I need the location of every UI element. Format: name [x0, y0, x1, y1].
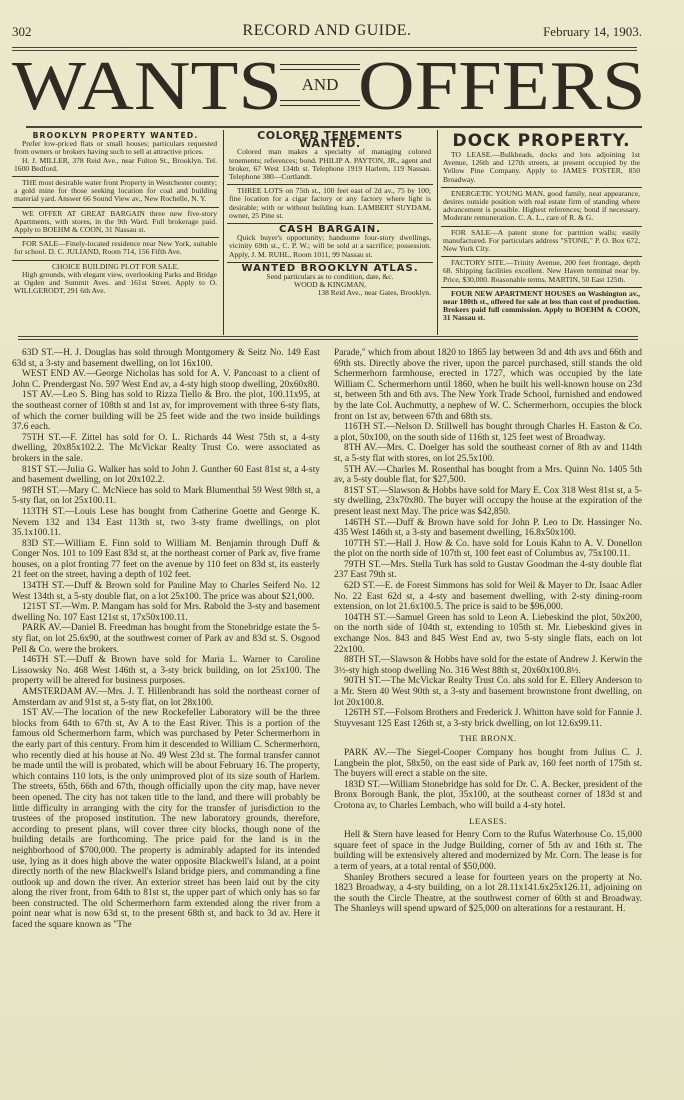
- article-paragraph: 88TH ST.—Slawson & Hobbs have sold for t…: [334, 655, 642, 676]
- ad-text: Quick buyer's opportunity; handsome four…: [229, 234, 431, 259]
- ad-text: High grounds, with elegant view, overloo…: [14, 271, 217, 296]
- ad-cash-bargain: CASH BARGAIN. Quick buyer's opportunity;…: [227, 224, 433, 263]
- ad-residence-sale: FOR SALE—Finely-located residence near N…: [12, 238, 219, 260]
- ad-young-man: ENERGETIC YOUNG MAN, good family, neat a…: [441, 188, 642, 227]
- article-paragraph: 183D ST.—William Stonebridge has sold fo…: [334, 780, 642, 812]
- ad-text: TO LEASE.—Bulkheads, docks and lots adjo…: [443, 151, 640, 184]
- ad-text: FOR SALE—Finely-located residence near N…: [14, 240, 217, 256]
- article-paragraph: 98TH ST.—Mary C. McNiece has sold to Mar…: [12, 486, 320, 507]
- ad-text: FACTORY SITE.—Trinity Avenue, 200 feet f…: [443, 259, 640, 284]
- ad-brooklyn-property: BROOKLYN PROPERTY WANTED. Prefer low-pri…: [12, 130, 219, 177]
- article-paragraph: 81ST ST.—Julia G. Walker has sold to Joh…: [12, 465, 320, 486]
- ad-three-lots: THREE LOTS on 75th st., 100 feet east of…: [227, 185, 433, 224]
- article-paragraph: 79TH ST.—Mrs. Stella Turk has sold to Gu…: [334, 560, 642, 581]
- article-paragraph: 146TH ST.—Duff & Brown have sold for Joh…: [334, 518, 642, 539]
- article-paragraph: 126TH ST.—Folsom Brothers and Frederick …: [334, 708, 642, 729]
- banner-and: AND: [280, 76, 360, 93]
- article-paragraph: 8TH AV.—Mrs. C. Doelger has sold the sou…: [334, 443, 642, 464]
- article-paragraph: 113TH ST.—Louis Lese has bought from Cat…: [12, 507, 320, 539]
- ad-text: ENERGETIC YOUNG MAN, good family, neat a…: [443, 190, 640, 223]
- banner-rule: [26, 126, 642, 128]
- newspaper-page: 302 RECORD AND GUIDE. February 14, 1903.…: [0, 0, 684, 1100]
- banner-offers: OFFERS: [358, 52, 646, 122]
- section-heading: LEASES.: [334, 816, 642, 827]
- ad-apartment-houses: FOUR NEW APARTMENT HOUSES on Washington …: [441, 288, 642, 326]
- article-paragraph: 146TH ST.—Duff & Brown have sold for Mar…: [12, 655, 320, 687]
- ad-great-bargain: WE OFFER AT GREAT BARGAIN three new five…: [12, 208, 219, 239]
- article-paragraph: 121ST ST.—Wm. P. Mangam has sold for Mrs…: [12, 602, 320, 623]
- article-paragraph: 90TH ST.—The McVickar Realty Trust Co. a…: [334, 676, 642, 708]
- column-divider: [437, 130, 438, 335]
- article-paragraph: 1ST AV.—Leo S. Bing has sold to Rizza Ti…: [12, 390, 320, 432]
- page-header: 302 RECORD AND GUIDE. February 14, 1903.: [12, 24, 642, 44]
- article-paragraph: PARK AV.—The Siegel-Cooper Company hos b…: [334, 748, 642, 780]
- ad-text: FOR SALE—A patent stone for partition wa…: [443, 229, 640, 254]
- article-paragraph: WEST END AV.—George Nicholas has sold fo…: [12, 369, 320, 390]
- article-column-right: Parade," which from about 1820 to 1865 l…: [334, 348, 642, 915]
- article-paragraph: Parade," which from about 1820 to 1865 l…: [334, 348, 642, 422]
- article-paragraph: 83D ST.—William E. Finn sold to William …: [12, 539, 320, 581]
- ad-water-front: THE most desirable water front Property …: [12, 177, 219, 208]
- ad-text: THREE LOTS on 75th st., 100 feet east of…: [229, 187, 431, 220]
- ad-building-plot: CHOICE BUILDING PLOT FOR SALE. High grou…: [12, 261, 219, 299]
- ad-heading: DOCK PROPERTY.: [443, 132, 640, 151]
- ad-colored-tenements: COLORED TENEMENTS WANTED. Colored man ma…: [227, 130, 433, 185]
- section-heading: THE BRONX.: [334, 733, 642, 744]
- ad-text: Colored man makes a specialty of managin…: [229, 148, 431, 181]
- article-paragraph: 81ST ST.—Slawson & Hobbs have sold for M…: [334, 486, 642, 518]
- article-paragraph: Hell & Stern have leased for Henry Corn …: [334, 830, 642, 872]
- classified-ads: BROOKLYN PROPERTY WANTED. Prefer low-pri…: [12, 130, 642, 345]
- ads-column-1: BROOKLYN PROPERTY WANTED. Prefer low-pri…: [12, 130, 219, 335]
- article-paragraph: PARK AV.—Daniel B. Freedman has bought f…: [12, 623, 320, 655]
- ad-factory-site: FACTORY SITE.—Trinity Avenue, 200 feet f…: [441, 257, 642, 288]
- banner-wants: WANTS: [12, 52, 282, 122]
- article-paragraph: 134TH ST.—Duff & Brown sold for Pauline …: [12, 581, 320, 602]
- ad-heading: COLORED TENEMENTS WANTED.: [229, 132, 431, 148]
- ads-bottom-rule-2: [18, 339, 638, 340]
- article-paragraph: 116TH ST.—Nelson D. Stillwell has bought…: [334, 422, 642, 443]
- ad-text: WE OFFER AT GREAT BARGAIN three new five…: [14, 210, 217, 235]
- issue-date: February 14, 1903.: [543, 24, 642, 40]
- article-paragraph: 75TH ST.—F. Zittel has sold for O. L. Ri…: [12, 433, 320, 465]
- articles: 63D ST.—H. J. Douglas has sold through M…: [12, 348, 642, 1093]
- ad-text: FOUR NEW APARTMENT HOUSES on Washington …: [443, 290, 640, 323]
- ad-text: Prefer low-priced flats or small houses;…: [14, 140, 217, 156]
- section-banner: WANTS AND OFFERS: [12, 52, 642, 122]
- article-paragraph: 5TH AV.—Charles M. Rosenthal has bought …: [334, 465, 642, 486]
- article-paragraph: 1ST AV.—The location of the new Rockefel…: [12, 708, 320, 930]
- ad-text: THE most desirable water front Property …: [14, 179, 217, 204]
- ad-brooklyn-atlas: WANTED BROOKLYN ATLAS. Send particulars …: [227, 263, 433, 301]
- article-paragraph: 63D ST.—H. J. Douglas has sold through M…: [12, 348, 320, 369]
- ads-column-3: DOCK PROPERTY. TO LEASE.—Bulkheads, dock…: [441, 130, 642, 335]
- article-paragraph: AMSTERDAM AV.—Mrs. J. T. Hillenbrandt ha…: [12, 687, 320, 708]
- article-paragraph: 104TH ST.—Samuel Green has sold to Leon …: [334, 613, 642, 655]
- ad-contact: H. J. MILLER, 378 Reid Ave., near Fulton…: [14, 157, 217, 173]
- ad-dock-property: DOCK PROPERTY. TO LEASE.—Bulkheads, dock…: [441, 130, 642, 188]
- ads-bottom-rule: [18, 336, 638, 337]
- ad-contact-address: 138 Reid Ave., near Gates, Brooklyn.: [229, 289, 431, 297]
- article-column-left: 63D ST.—H. J. Douglas has sold through M…: [12, 348, 320, 931]
- article-paragraph: 107TH ST.—Hall J. How & Co. have sold fo…: [334, 539, 642, 560]
- ad-patent-stone: FOR SALE—A patent stone for partition wa…: [441, 227, 642, 258]
- article-paragraph: Shanley Brothers secured a lease for fou…: [334, 873, 642, 915]
- article-paragraph: 62D ST.—E. de Forest Simmons has sold fo…: [334, 581, 642, 613]
- column-divider: [223, 130, 224, 335]
- ads-column-2: COLORED TENEMENTS WANTED. Colored man ma…: [227, 130, 433, 335]
